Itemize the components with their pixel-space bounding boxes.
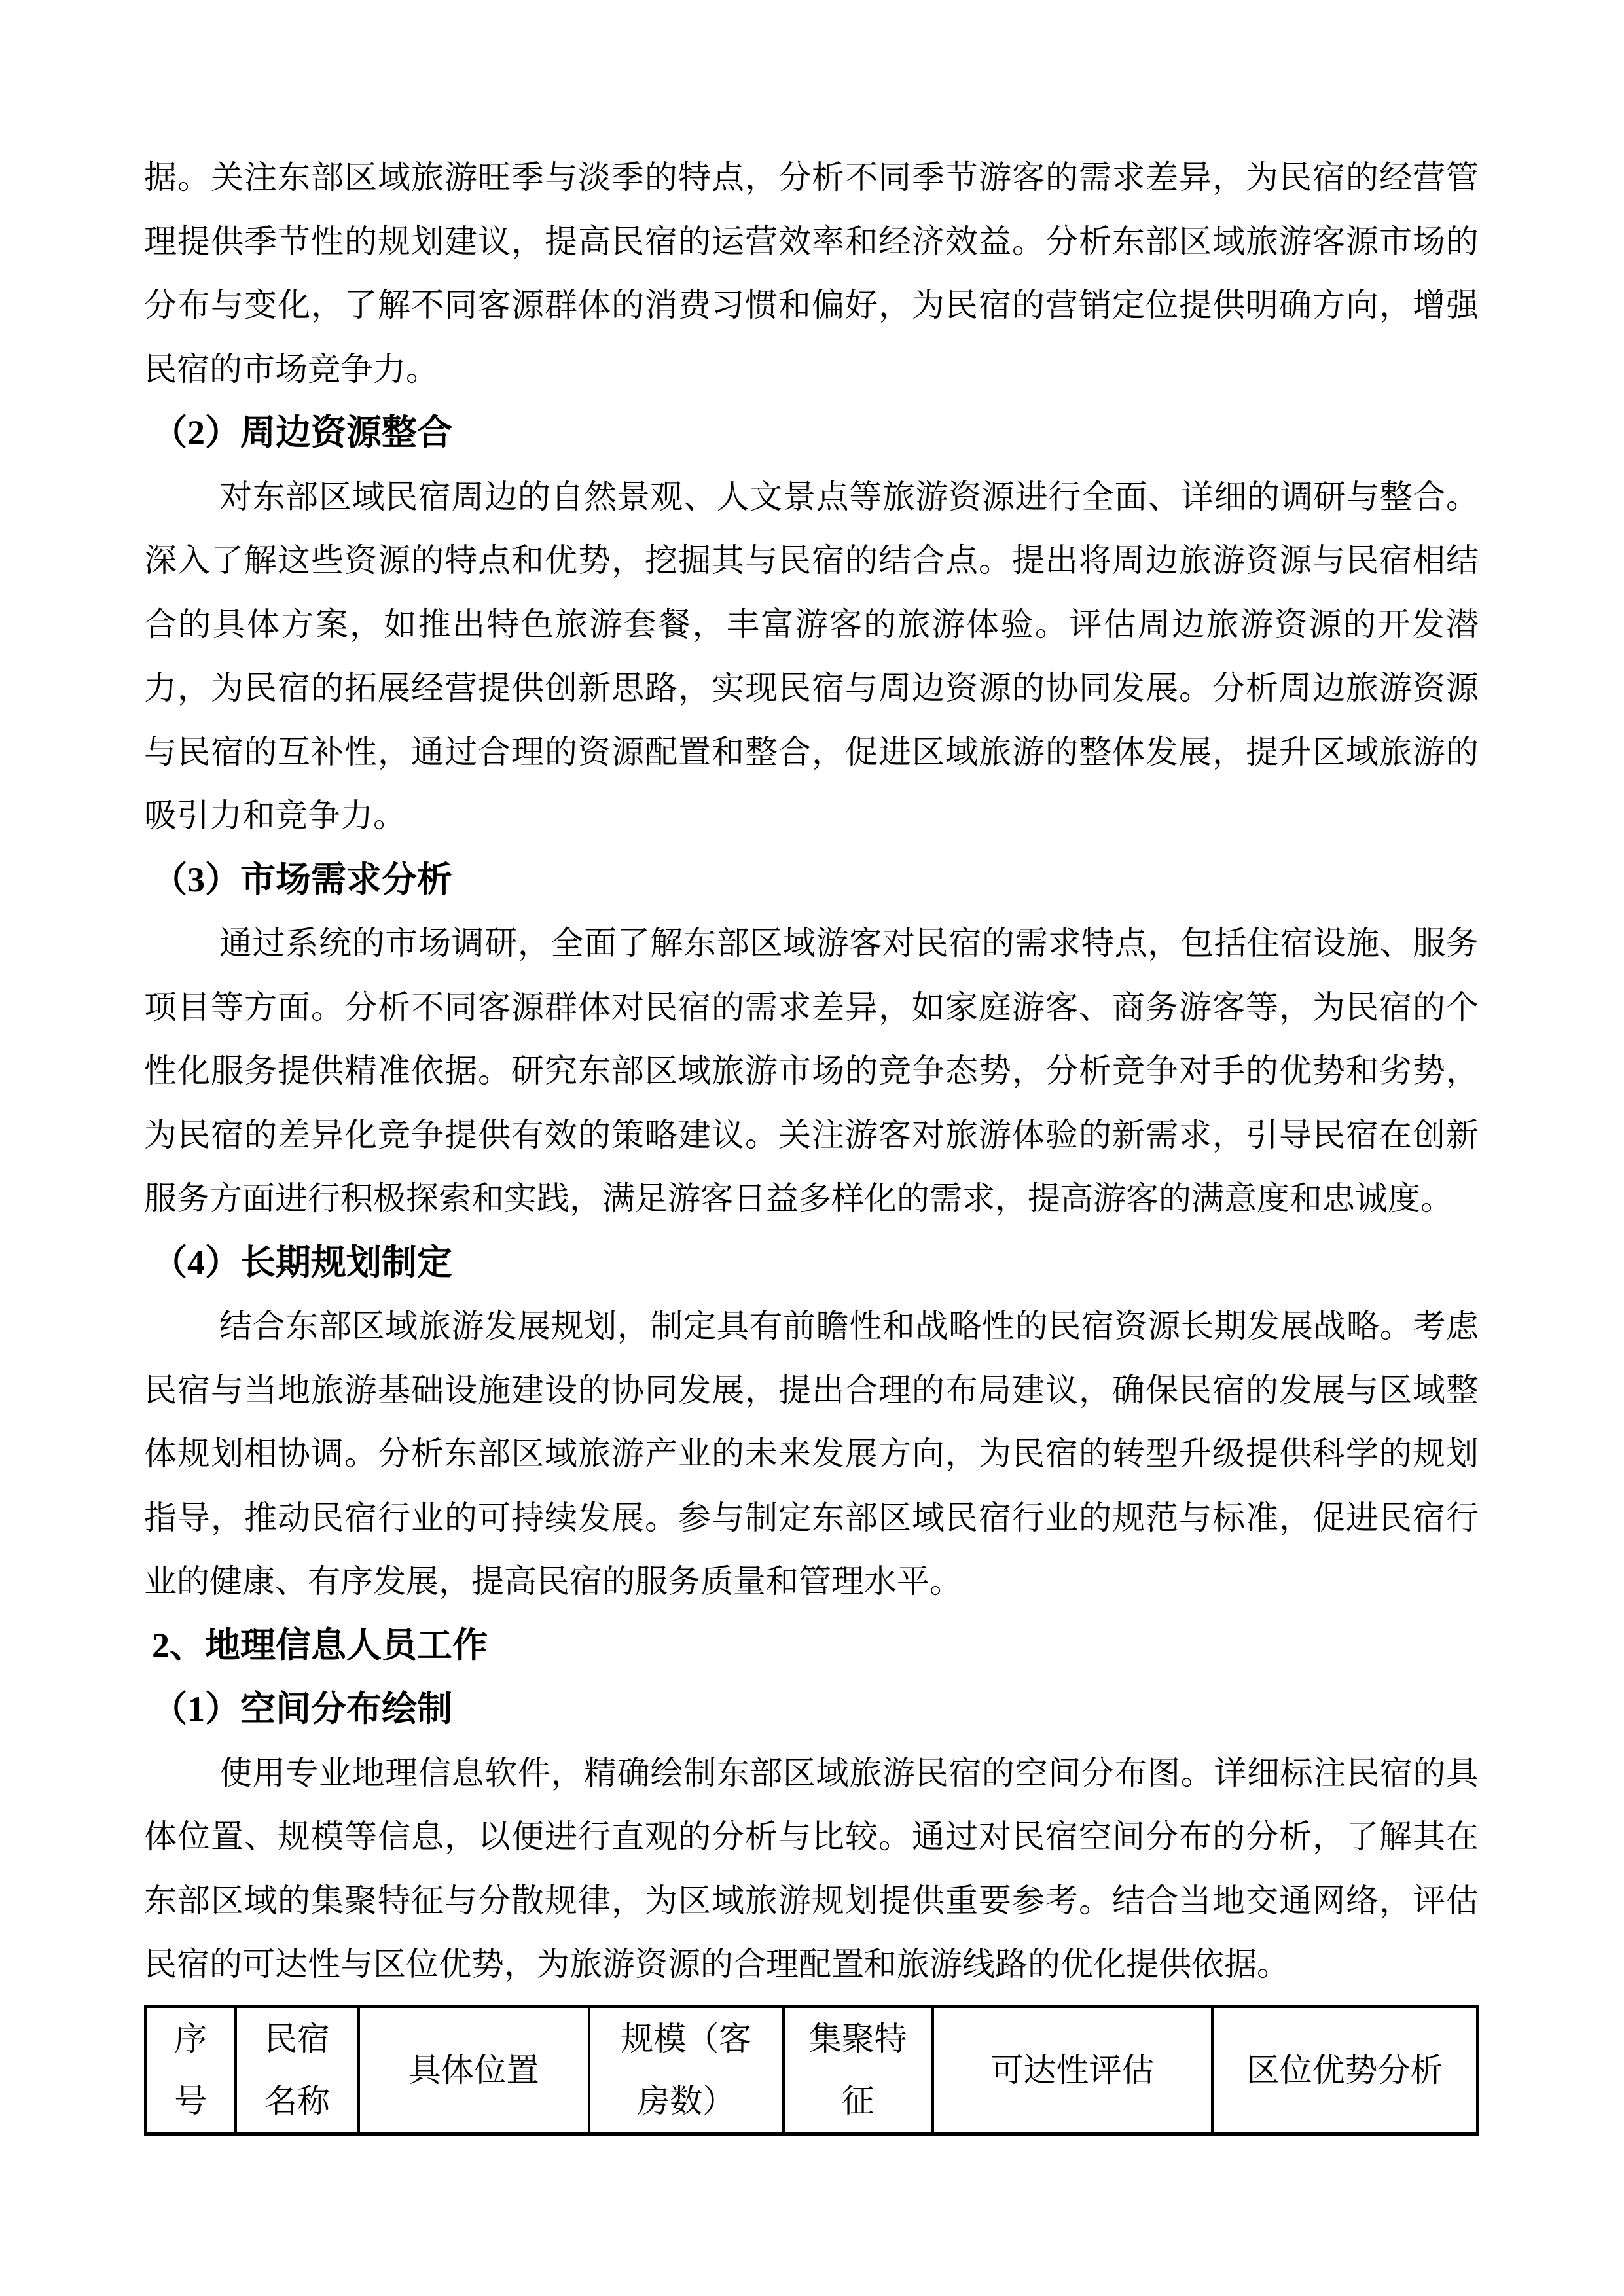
heading-long-term-planning: （4）长期规划制定: [144, 1231, 1479, 1295]
col-header-location: 具体位置: [359, 2007, 589, 2134]
paragraph-market-demand-analysis: 通过系统的市场调研，全面了解东部区域游客对民宿的需求特点，包括住宿设施、服务项目…: [144, 912, 1479, 1231]
col-header-scale-rooms: 规模（客 房数）: [589, 2007, 784, 2134]
document-body: 据。关注东部区域旅游旺季与淡季的特点，分析不同季节游客的需求差异，为民宿的经营管…: [144, 146, 1479, 2001]
document-page: 据。关注东部区域旅游旺季与淡季的特点，分析不同季节游客的需求差异，为民宿的经营管…: [0, 0, 1624, 2296]
paragraph-surrounding-resources-integration: 对东部区域民宿周边的自然景观、人文景点等旅游资源进行全面、详细的调研与整合。深入…: [144, 465, 1479, 848]
col-header-location-advantage-analysis: 区位优势分析: [1212, 2007, 1477, 2134]
col-header-minsu-name: 民宿 名称: [236, 2007, 358, 2134]
paragraph-long-term-planning: 结合东部区域旅游发展规划，制定具有前瞻性和战略性的民宿资源长期发展战略。考虑民宿…: [144, 1295, 1479, 1614]
minsu-info-table: 序 号 民宿 名称 具体位置 规模（客 房数） 集聚特 征 可达性评估 区位优势…: [144, 2005, 1479, 2136]
heading-market-demand-analysis: （3）市场需求分析: [144, 848, 1479, 912]
paragraph-spatial-distribution-mapping: 使用专业地理信息软件，精确绘制东部区域旅游民宿的空间分布图。详细标注民宿的具体位…: [144, 1742, 1479, 1997]
table-header-row: 序 号 民宿 名称 具体位置 规模（客 房数） 集聚特 征 可达性评估 区位优势…: [145, 2007, 1477, 2134]
paragraph-seasonal-management-continuation: 据。关注东部区域旅游旺季与淡季的特点，分析不同季节游客的需求差异，为民宿的经营管…: [144, 146, 1479, 401]
heading-surrounding-resources-integration: （2）周边资源整合: [144, 401, 1479, 465]
col-header-index: 序 号: [145, 2007, 236, 2134]
col-header-cluster-feature: 集聚特 征: [784, 2007, 933, 2134]
col-header-accessibility-evaluation: 可达性评估: [933, 2007, 1212, 2134]
heading-spatial-distribution-mapping: （1）空间分布绘制: [144, 1677, 1479, 1742]
heading-gis-staff-work: 2、地理信息人员工作: [144, 1614, 1479, 1678]
